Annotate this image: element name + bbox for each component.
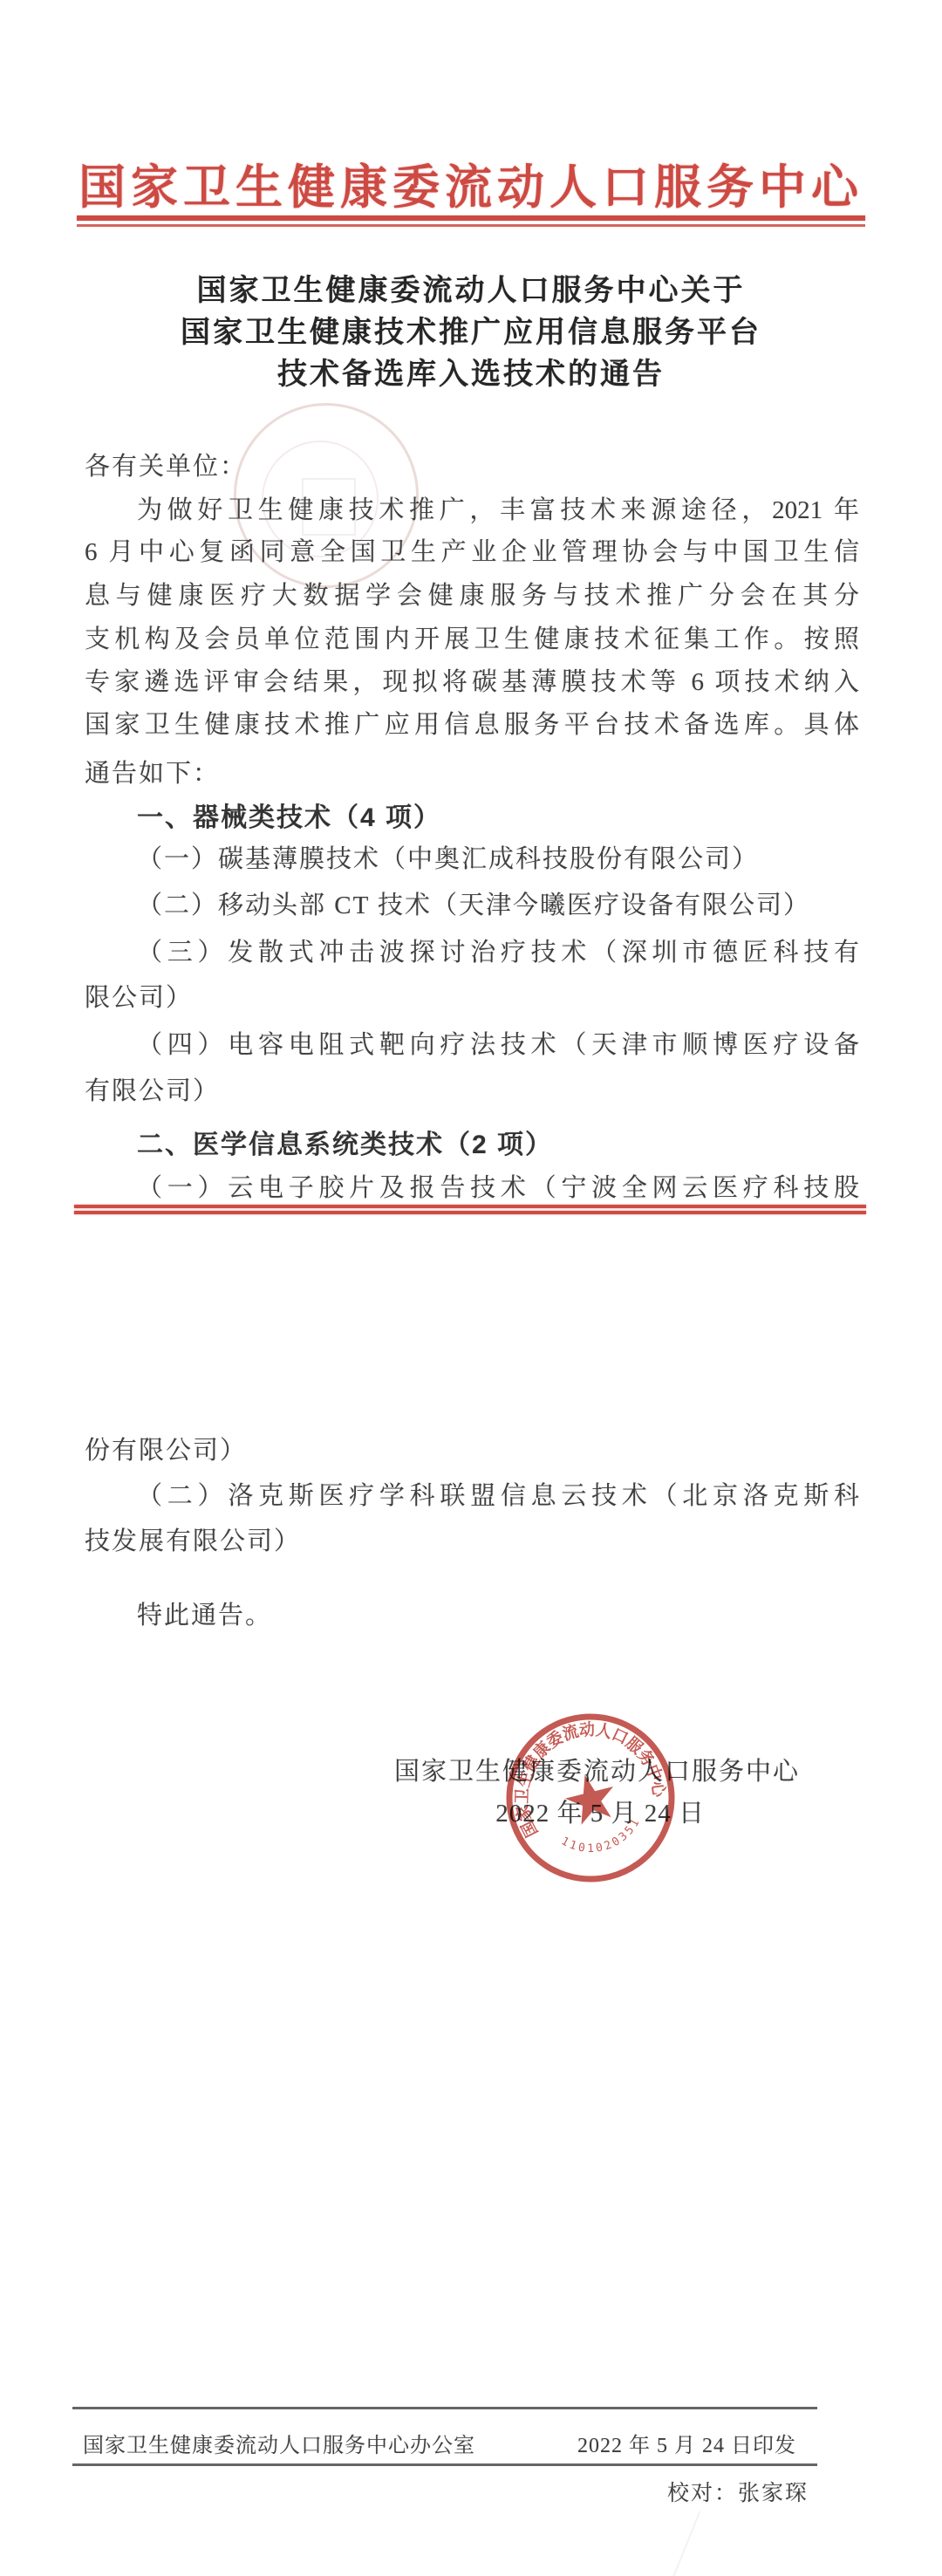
list-item-line: 限公司）	[85, 978, 859, 1015]
official-seal: 国家卫生健康委流动人口服务中心 1101020351517	[503, 1711, 678, 1885]
body-line: 专家遴选评审会结果，现拟将碳基薄膜技术等 6 项技术纳入	[85, 662, 859, 699]
footer-rule-bottom	[72, 2463, 817, 2466]
footer-proofreader: 校对：张家琛	[667, 2476, 809, 2507]
body-line: 息与健康医疗大数据学会健康服务与技术推广分会在其分	[85, 576, 859, 612]
list-item-line: （二）移动头部 CT 技术（天津今曦医疗设备有限公司）	[85, 885, 859, 922]
document-title-line3: 技术备选库入选技术的通告	[0, 354, 942, 396]
body-line: 国家卫生健康技术推广应用信息服务平台技术备选库。具体	[85, 705, 859, 741]
body-line: 6 月中心复函同意全国卫生产业企业管理协会与中国卫生信	[85, 532, 859, 569]
list-item-line: （一）云电子胶片及报告技术（宁波全网云医疗科技股	[85, 1168, 859, 1205]
letterhead-rule-thick	[77, 215, 865, 221]
document-title-line1: 国家卫生健康委流动人口服务中心关于	[0, 270, 942, 312]
seal-star-icon	[561, 1769, 620, 1827]
document-title: 国家卫生健康委流动人口服务中心关于 国家卫生健康技术推广应用信息服务平台 技术备…	[0, 270, 942, 396]
document-title-line2: 国家卫生健康技术推广应用信息服务平台	[0, 312, 942, 354]
footer-office: 国家卫生健康委流动人口服务中心办公室	[83, 2428, 475, 2458]
list-item-line: （四）电容电阻式靶向疗法技术（天津市顺博医疗设备	[85, 1025, 859, 1062]
footer-print-date: 2022 年 5 月 24 日印发	[577, 2428, 796, 2458]
body-closing: 特此通告。	[85, 1595, 859, 1632]
list-item-line: （一）碳基薄膜技术（中奥汇成科技股份有限公司）	[85, 839, 859, 876]
document-page: 国家卫生健康委流动人口服务中心 国家卫生健康委流动人口服务中心关于 国家卫生健康…	[0, 0, 942, 2576]
list-item-line: 技发展有限公司）	[85, 1521, 859, 1558]
footer-rule-top	[72, 2407, 817, 2409]
body-line: 通告如下：	[85, 754, 859, 790]
section-heading-2: 二、医学信息系统类技术（2 项）	[85, 1123, 859, 1159]
paper-crease	[672, 2511, 701, 2576]
list-item-line: （二）洛克斯医疗学科联盟信息云技术（北京洛克斯科	[85, 1476, 859, 1513]
official-seal-graphic: 国家卫生健康委流动人口服务中心 1101020351517	[503, 1711, 678, 1885]
body-line: 支机构及会员单位范围内开展卫生健康技术征集工作。按照	[85, 619, 859, 656]
body-line: 为做好卫生健康技术推广，丰富技术来源途径，2021 年	[85, 490, 859, 527]
list-item-line: （三）发散式冲击波探讨治疗技术（深圳市德匠科技有	[85, 933, 859, 969]
seal-arc-text: 国家卫生健康委流动人口服务中心	[503, 1711, 673, 1841]
page-break-rule-bottom	[74, 1211, 866, 1214]
list-item-line: 份有限公司）	[85, 1431, 859, 1467]
body-salutation: 各有关单位：	[85, 447, 859, 483]
letterhead-rule-thin	[77, 224, 865, 227]
section-heading-1: 一、器械类技术（4 项）	[85, 796, 859, 832]
svg-text:国家卫生健康委流动人口服务中心: 国家卫生健康委流动人口服务中心	[503, 1711, 673, 1841]
page-break-rule-top	[74, 1205, 866, 1208]
letterhead-org-name: 国家卫生健康委流动人口服务中心	[0, 150, 942, 206]
list-item-line: 有限公司）	[85, 1071, 859, 1108]
